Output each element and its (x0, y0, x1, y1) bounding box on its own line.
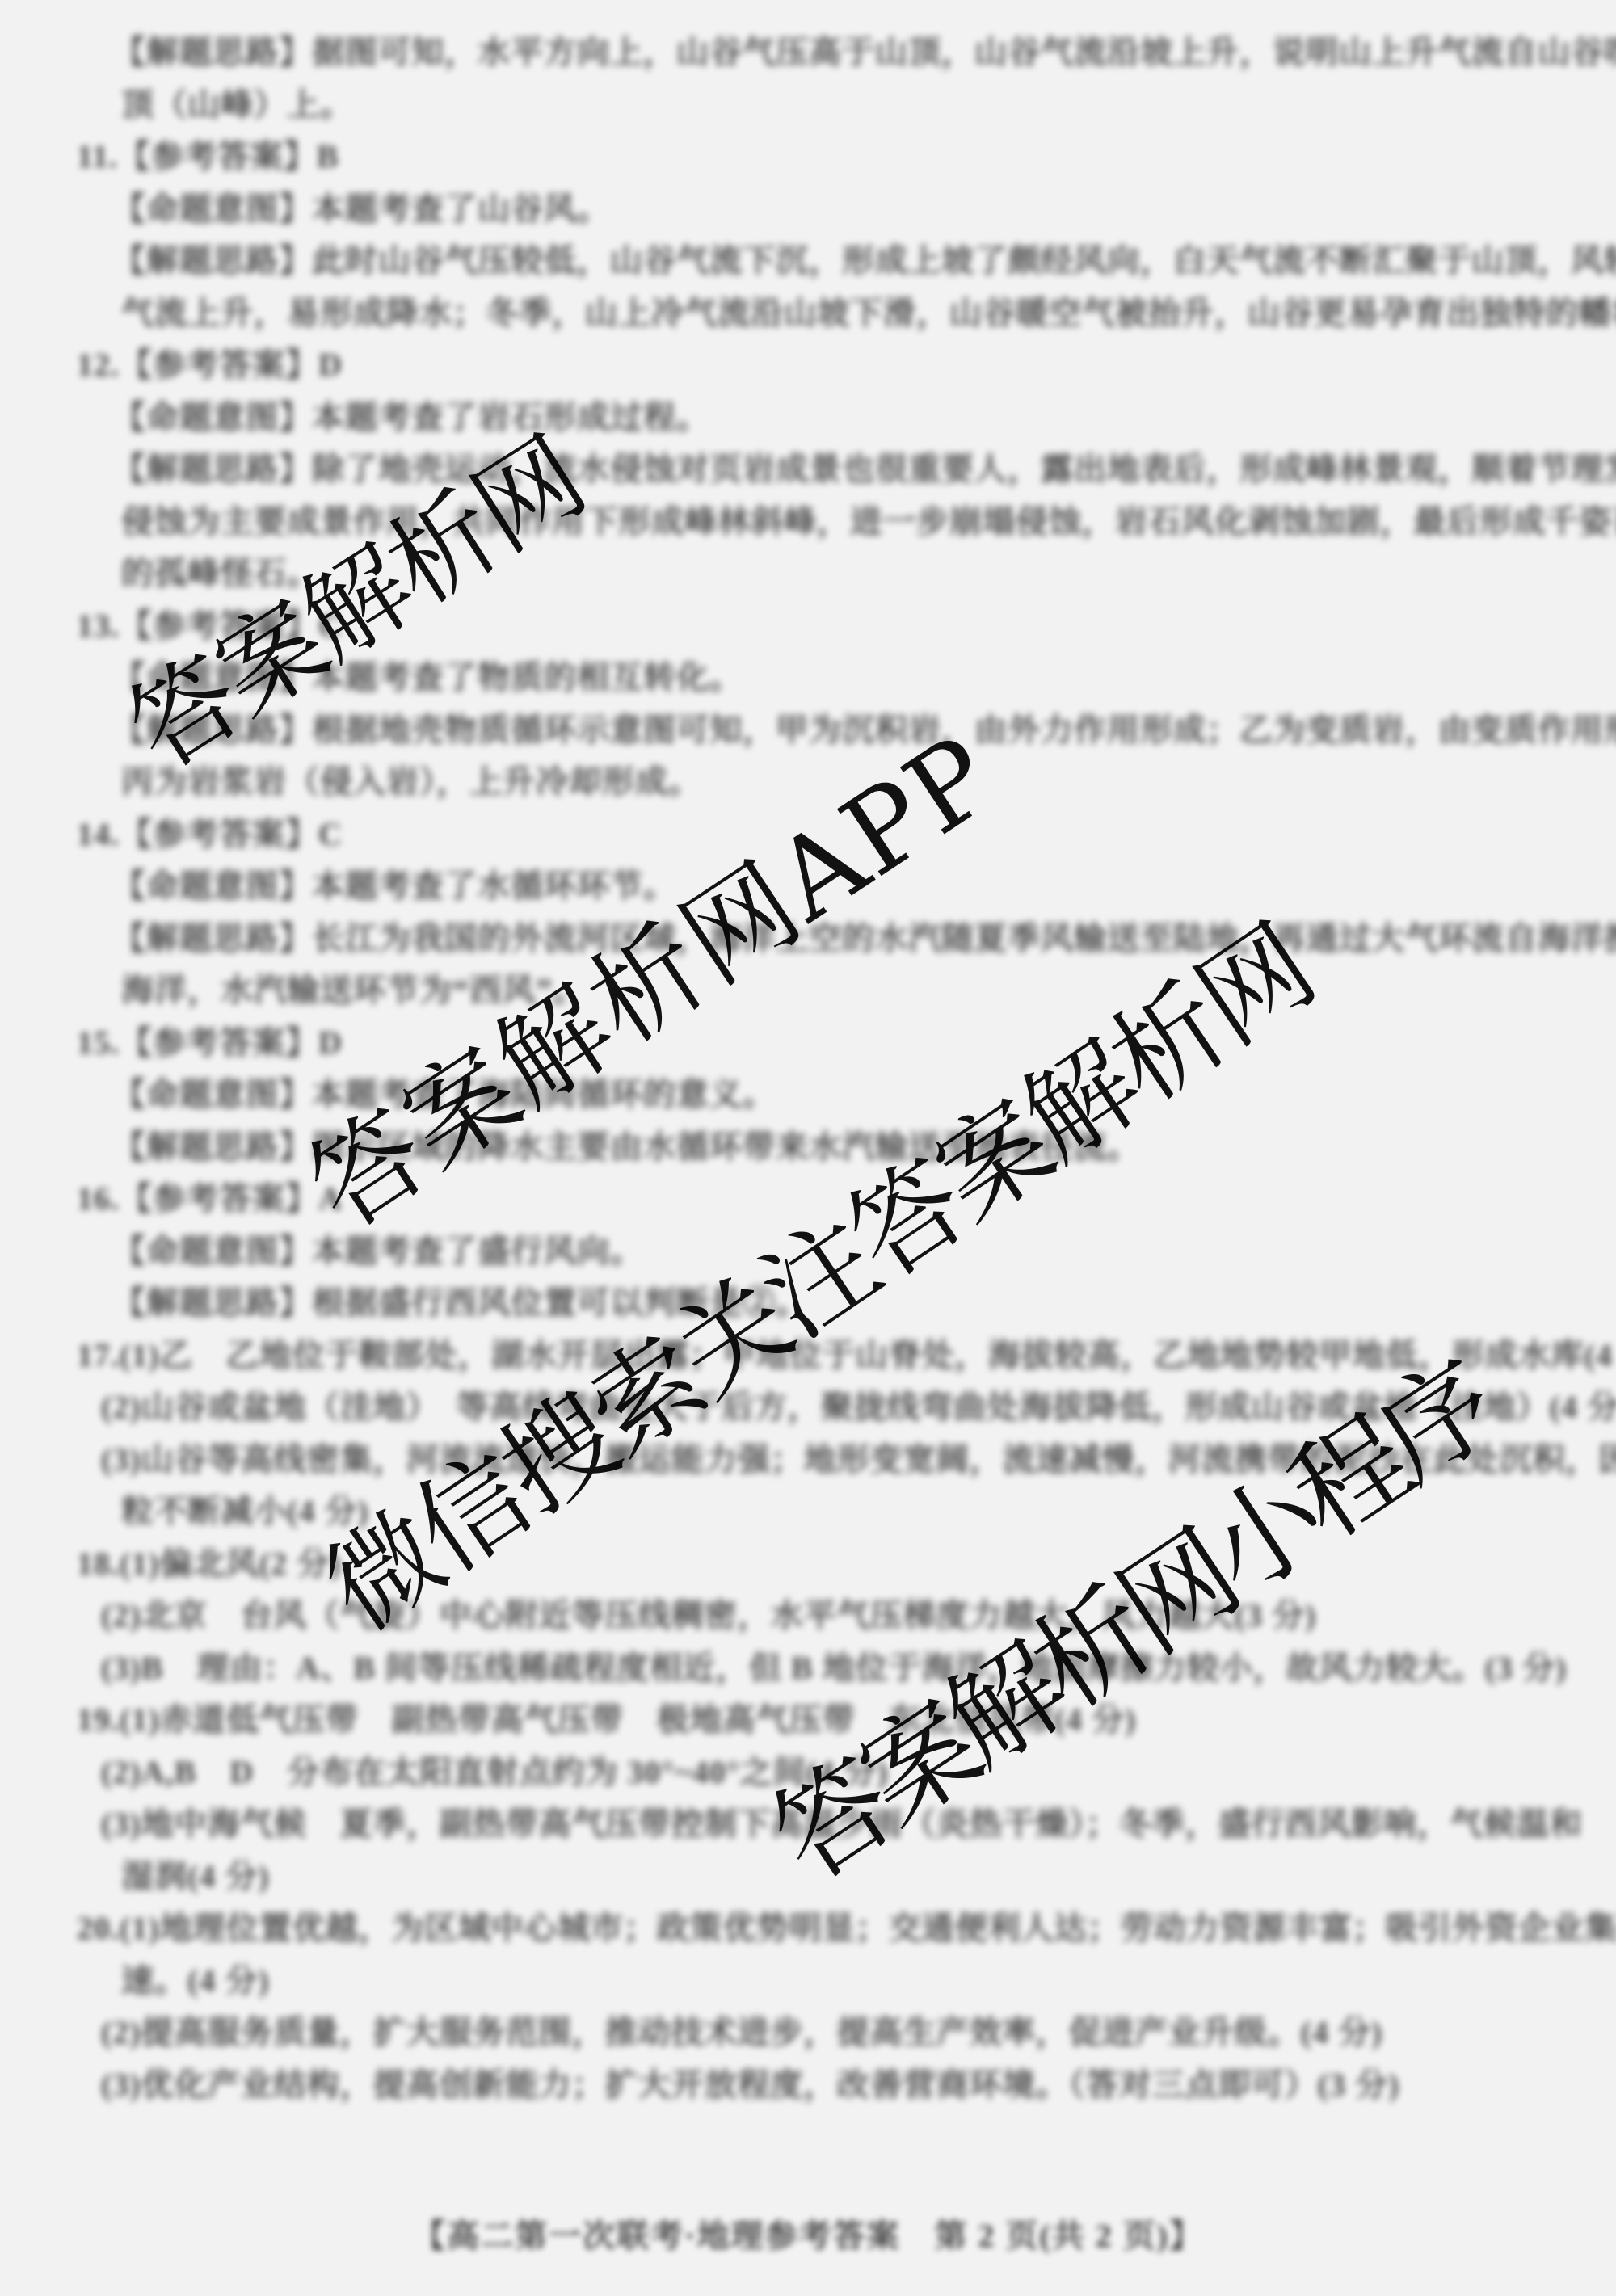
answer-line-40: (3)优化产业结构，提高创新能力；扩大开放程度，改善营商环境。（答对三点即可）(… (101, 2059, 1616, 2112)
answer-line-4: 【命题意图】本题考查了山谷风。 (113, 183, 1616, 236)
answer-line-31: (2)北京 台风（气旋）中心附近等压线稠密，水平气压梯度力越大，风力越大(3 分… (101, 1590, 1616, 1642)
answer-line-19: 海洋，水汽输送环节为“西风”。 (121, 965, 1616, 1017)
answer-line-1: 【解题思路】据图可知，水平方向上，山谷气压高于山顶，山谷气流沿坡上升，说明山上升… (113, 27, 1616, 79)
answer-line-30: 18.(1)偏北风(2 分) (77, 1538, 1616, 1591)
answer-line-18: 【解题思路】长江为我国的外流河区域，海洋上空的水汽随夏季风输送至陆地，再通过大气… (113, 913, 1616, 965)
answer-line-14: 【解题思路】根据地壳物质循环示意图可知，甲为沉积岩，由外力作用形成；乙为变质岩，… (113, 704, 1616, 757)
answer-line-8: 【命题意图】本题考查了岩石形成过程。 (113, 392, 1616, 444)
scanned-answer-page: 【解题思路】据图可知，水平方向上，山谷气压高于山顶，山谷气流沿坡上升，说明山上升… (0, 0, 1616, 2296)
answer-line-39: (2)提高服务质量，扩大服务范围，推动技术进步，提高生产效率，促进产业升级。(4… (101, 2007, 1616, 2059)
answer-line-20: 15.【参考答案】D (77, 1017, 1616, 1070)
answer-line-38: 速。(4 分) (121, 1955, 1616, 2008)
answer-line-2: 顶（山峰）上。 (121, 79, 1616, 132)
answer-line-7: 12.【参考答案】D (77, 339, 1616, 392)
answer-line-32: (3)B 理由：A、B 间等压线稀疏程度相近，但 B 地位于海洋，地面摩擦力较小… (101, 1642, 1616, 1695)
answer-line-3: 11.【参考答案】B (77, 131, 1616, 183)
answer-line-9: 【解题思路】除了地壳运动，流水侵蚀对页岩成景也很重要人，露出地表后，形成峰林景观… (113, 444, 1616, 496)
answer-line-6: 气流上升，易形成降水；冬季，山上冷气流沿山坡下滑，山谷暖空气被抬升，山谷更易孕育… (121, 288, 1616, 340)
answer-line-37: 20.(1)地理位置优越，为区域中心城市；政策优势明显；交通便利人达；劳动力资源… (77, 1903, 1616, 1955)
answer-line-5: 【解题思路】此时山谷气压较低，山谷气流下沉，形成上坡了颇经风向，白天气流不断汇聚… (113, 235, 1616, 288)
page-footer: 【高二第一次联考·地理参考答案 第 2 页(共 2 页)】 (0, 2210, 1616, 2256)
